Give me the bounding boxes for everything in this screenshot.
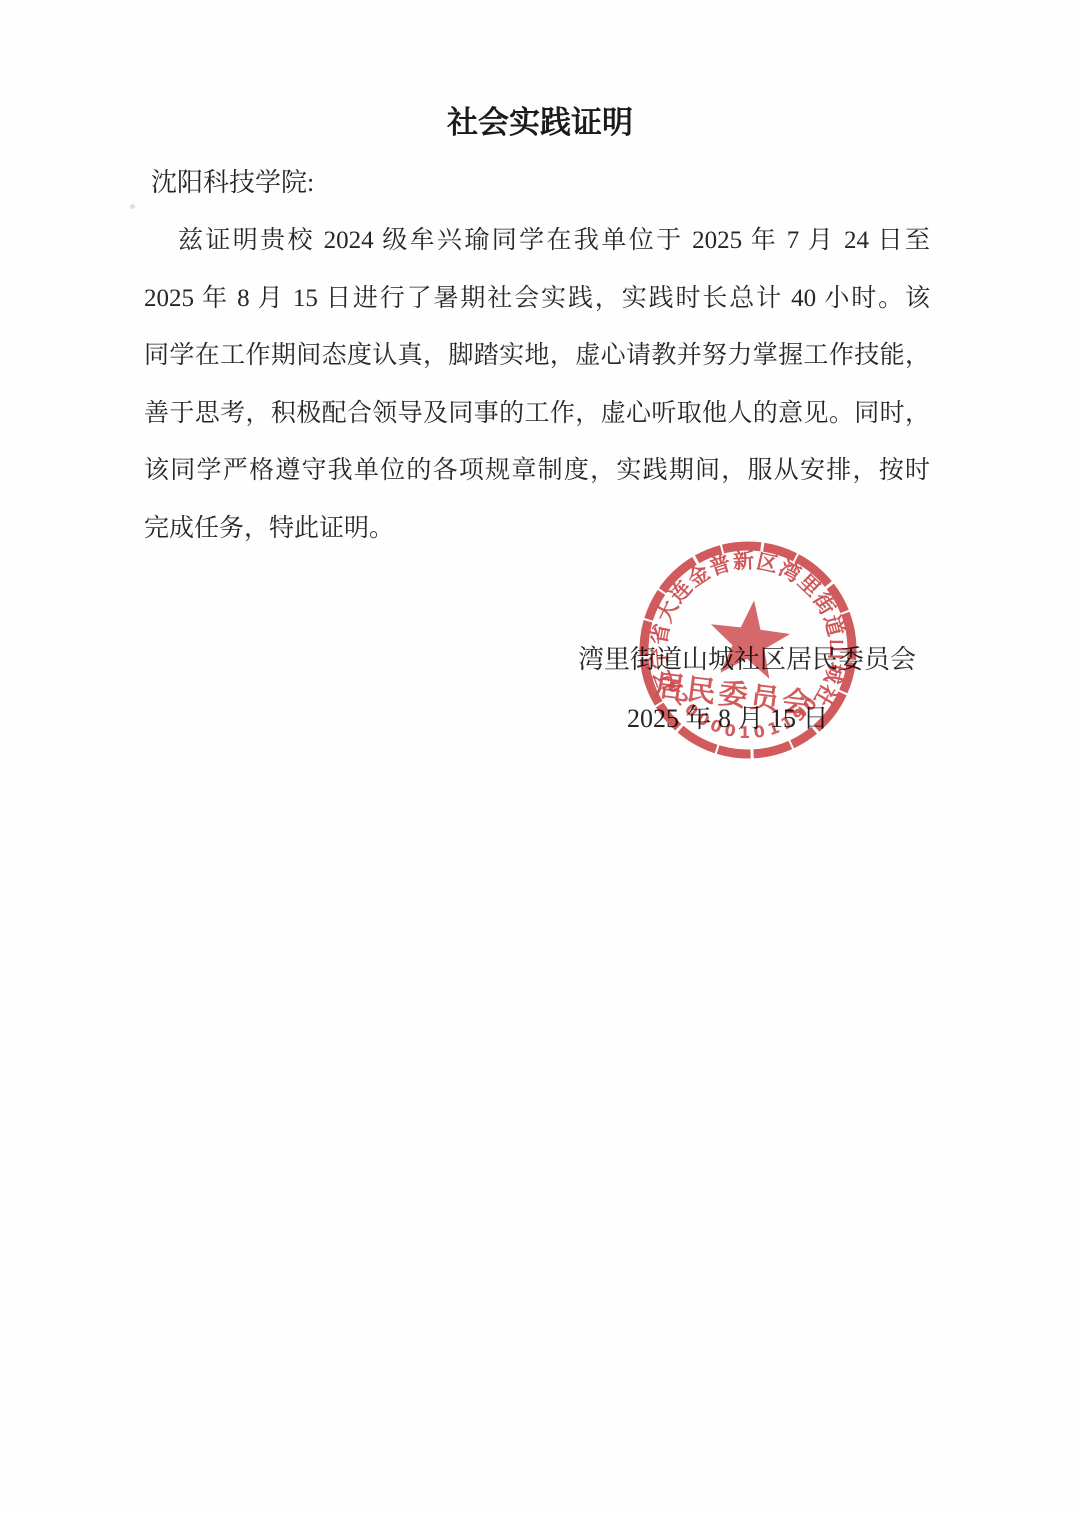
stamp-arc-text: 辽宁省大连金普新区湾里街道山城社区 [628,530,866,718]
salutation: 沈阳科技学院: [151,162,314,199]
document-title: 社会实践证明 [0,97,1080,142]
paragraph-line: 完成任务，特此证明。 [144,500,930,558]
date-line: 2025 年 8 月 15 日 [627,698,829,735]
signature-line: 湾里街道山城社区居民委员会 [578,639,916,676]
paragraph-line: 2025 年 8 月 15 日进行了暑期社会实践，实践时长总计 40 小时。该 [144,270,930,328]
paragraph-line: 该同学严格遵守我单位的各项规章制度，实践期间，服从安排，按时 [144,442,930,500]
body-paragraph: 兹证明贵校 2024 级牟兴瑜同学在我单位于 2025 年 7 月 24 日至 … [144,212,930,558]
scan-artifact-dot [130,204,135,209]
certificate-page: 社会实践证明 沈阳科技学院: 兹证明贵校 2024 级牟兴瑜同学在我单位于 20… [0,0,1080,1513]
paragraph-line: 善于思考，积极配合领导及同事的工作，虚心听取他人的意见。同时， [144,385,930,443]
paragraph-line: 同学在工作期间态度认真，脚踏实地，虚心请教并努力掌握工作技能， [144,327,930,385]
svg-text:辽宁省大连金普新区湾里街道山城社区: 辽宁省大连金普新区湾里街道山城社区 [628,530,866,718]
paragraph-line: 兹证明贵校 2024 级牟兴瑜同学在我单位于 2025 年 7 月 24 日至 [144,212,930,270]
